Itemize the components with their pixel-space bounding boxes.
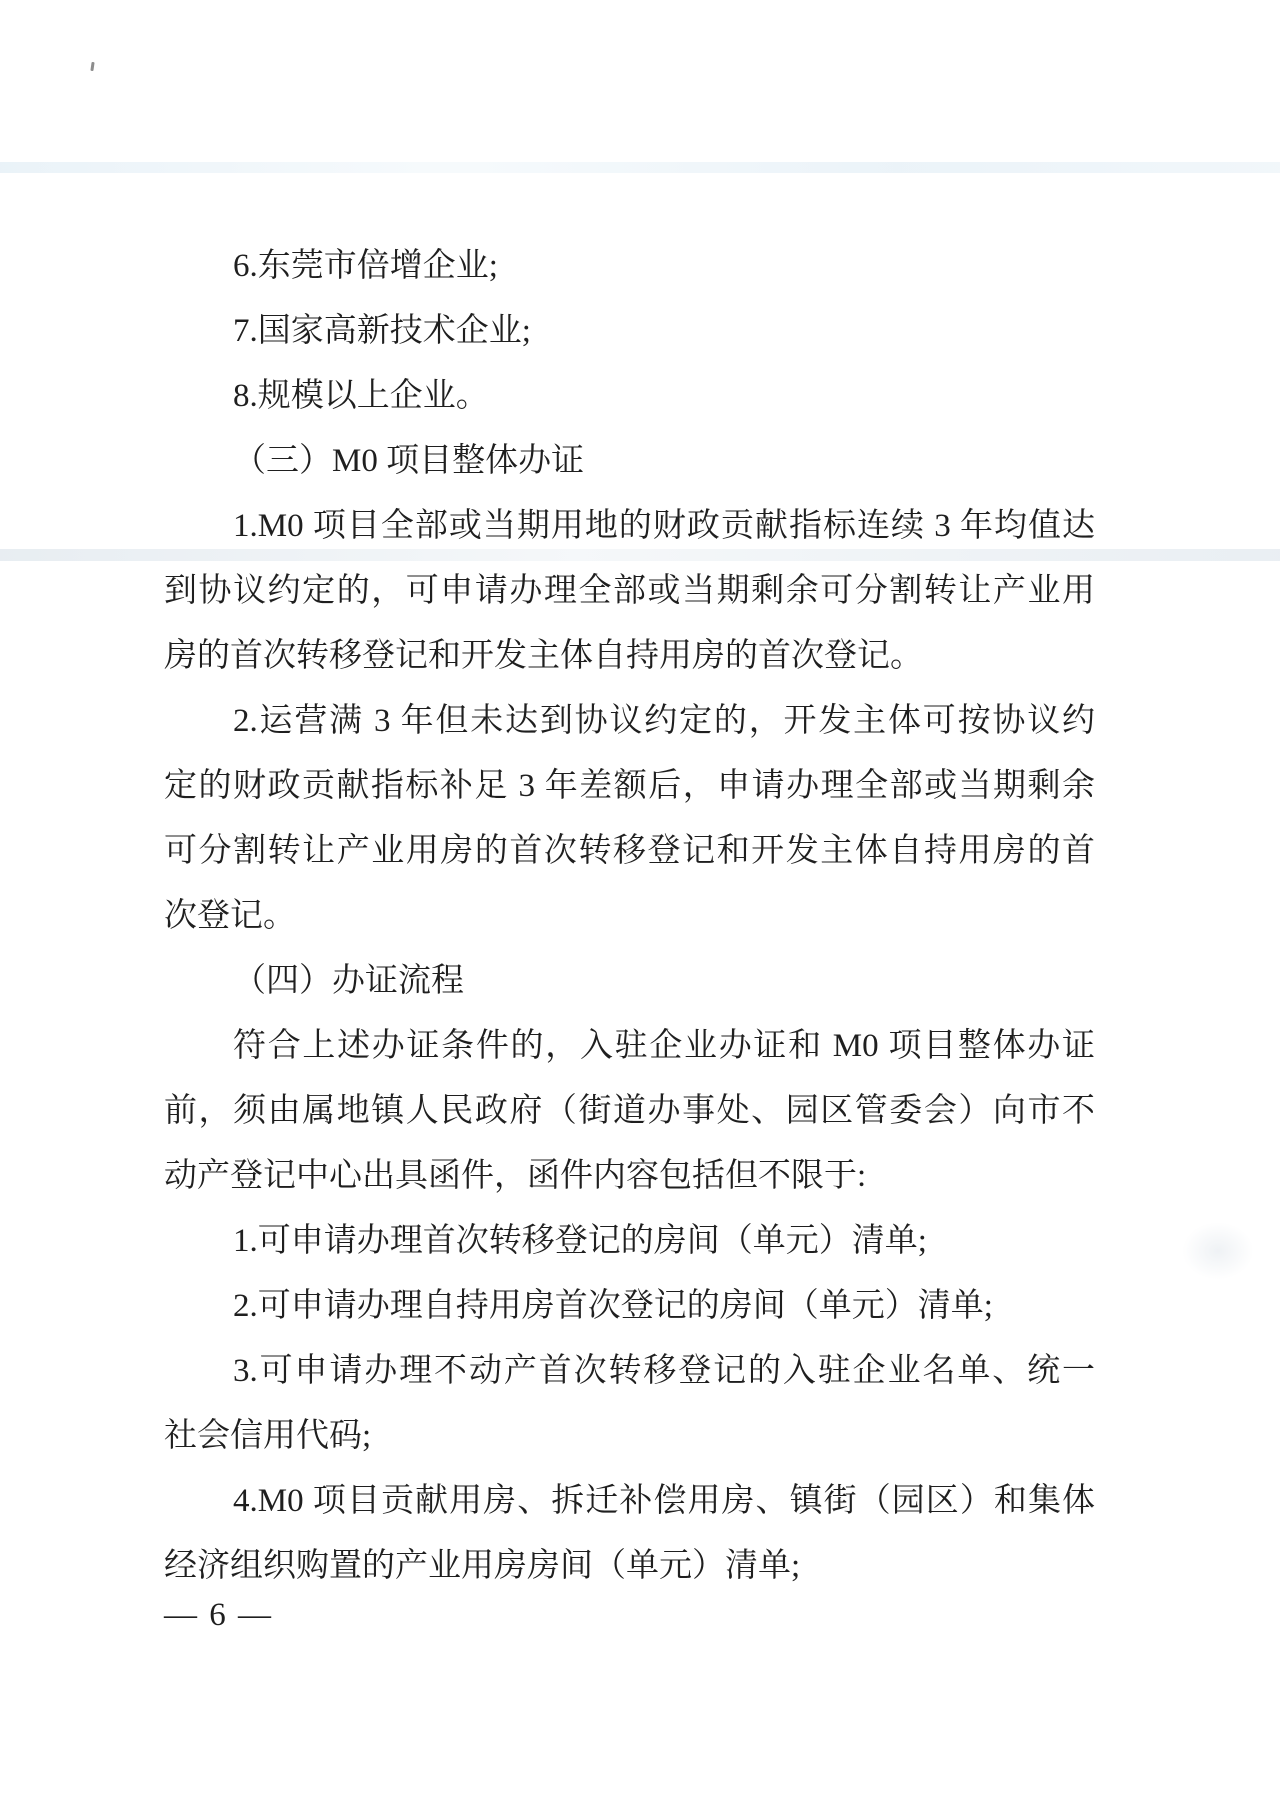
scan-artifact-speck: [90, 62, 94, 71]
list-item-3: 3.可申请办理不动产首次转移登记的入驻企业名单、统一: [164, 1339, 1095, 1404]
text-line: 房的首次转移登记和开发主体自持用房的首次登记。: [164, 624, 1095, 689]
page-number: — 6 —: [164, 1583, 273, 1648]
list-item-2: 2.可申请办理自持用房首次登记的房间（单元）清单;: [164, 1274, 1095, 1339]
document-page: 6.东莞市倍增企业; 7.国家高新技术企业; 8.规模以上企业。 （三）M0 项…: [0, 0, 1280, 1810]
text-line: 经济组织购置的产业用房房间（单元）清单;: [164, 1534, 1095, 1599]
text-line: 社会信用代码;: [164, 1404, 1095, 1469]
text-line: 动产登记中心出具函件，函件内容包括但不限于:: [164, 1144, 1095, 1209]
scan-artifact-smudge: [1182, 1222, 1254, 1280]
document-body: 6.东莞市倍增企业; 7.国家高新技术企业; 8.规模以上企业。 （三）M0 项…: [164, 234, 1095, 1599]
text-line: 次登记。: [164, 884, 1095, 949]
text-line: 2.运营满 3 年但未达到协议约定的，开发主体可按协议约: [164, 689, 1095, 754]
text-line: 定的财政贡献指标补足 3 年差额后，申请办理全部或当期剩余: [164, 754, 1095, 819]
text-line: 符合上述办证条件的，入驻企业办证和 M0 项目整体办证: [164, 1014, 1095, 1079]
list-item-4: 4.M0 项目贡献用房、拆迁补偿用房、镇街（园区）和集体: [164, 1469, 1095, 1534]
list-item-6: 6.东莞市倍增企业;: [164, 234, 1095, 299]
list-item-8: 8.规模以上企业。: [164, 364, 1095, 429]
list-item-7: 7.国家高新技术企业;: [164, 299, 1095, 364]
text-line: 前，须由属地镇人民政府（街道办事处、园区管委会）向市不: [164, 1079, 1095, 1144]
list-item-1: 1.可申请办理首次转移登记的房间（单元）清单;: [164, 1209, 1095, 1274]
scan-artifact-band-top: [0, 162, 1280, 173]
section-heading-4: （四）办证流程: [164, 949, 1095, 1014]
section-heading-3: （三）M0 项目整体办证: [164, 429, 1095, 494]
text-line: 可分割转让产业用房的首次转移登记和开发主体自持用房的首: [164, 819, 1095, 884]
text-line: 到协议约定的，可申请办理全部或当期剩余可分割转让产业用: [164, 559, 1095, 624]
text-line: 1.M0 项目全部或当期用地的财政贡献指标连续 3 年均值达: [164, 494, 1095, 559]
